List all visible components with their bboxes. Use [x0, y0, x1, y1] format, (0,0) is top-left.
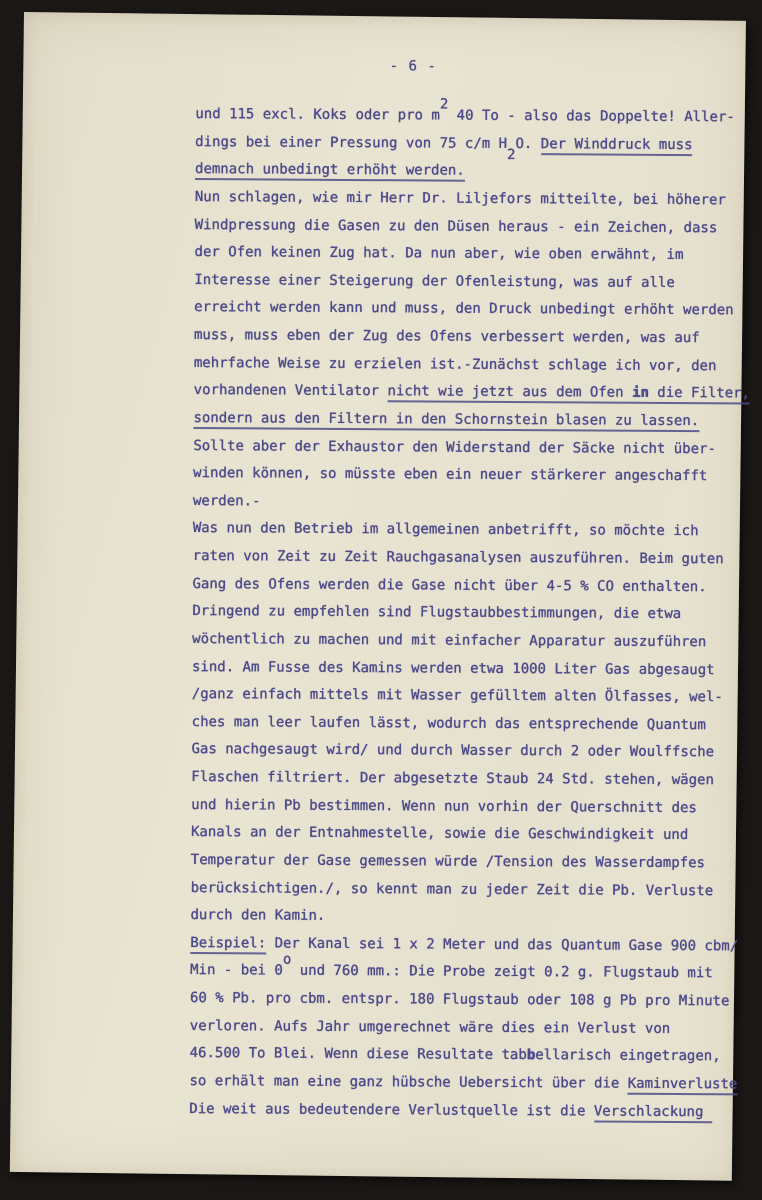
text-segment: wöchentlich zu machen und mit einfacher … [192, 631, 706, 650]
text-body: und 115 excl. Koks oder pro m2 40 To - a… [189, 101, 751, 1127]
text-line: durch den Kamin. [190, 902, 746, 933]
text-line: /ganz einfach mittels mit Wasser gefüllt… [192, 681, 748, 712]
text-line: vorhandenen Ventilator nicht wie jetzt a… [194, 377, 750, 408]
underlined-text: in [632, 385, 649, 404]
text-line: der Ofen keinen Zug hat. Da nun aber, wi… [194, 239, 750, 270]
text-segment: Temperatur der Gase gemessen würde /Tens… [191, 852, 705, 871]
text-line: erreicht werden kann und muss, den Druck… [194, 294, 750, 325]
text-segment: ellarisch eingetragen, [535, 1047, 721, 1064]
text-line: 46.500 To Blei. Wenn diese Resultate tab… [190, 1040, 746, 1071]
text-segment: erreicht werden kann und muss, den Druck… [194, 299, 734, 318]
text-segment: berücksichtigen./, so kennt man zu jeder… [191, 880, 714, 899]
text-segment: und hierin Pb bestimmen. Wenn nun vorhin… [191, 797, 697, 816]
text-segment: 40 To - also das Doppelte! Aller- [448, 108, 735, 126]
text-line: so erhält man eine ganz hübsche Uebersic… [189, 1068, 745, 1099]
underlined-text: sondern aus den Filtern in den Schornste… [193, 410, 699, 432]
scan-background: { "page": { "background_color": "#1b1816… [0, 0, 762, 1200]
text-line: Temperatur der Gase gemessen würde /Tens… [191, 847, 747, 878]
text-segment: der Ofen keinen Zug hat. Da nun aber, wi… [194, 244, 683, 263]
underlined-text: 2 [440, 97, 449, 113]
text-line: wöchentlich zu machen und mit einfacher … [192, 626, 748, 657]
underlined-text: nicht wie jetzt aus dem Ofen [387, 383, 632, 403]
text-line: Beispiel: Der Kanal sei 1 x 2 Meter und … [190, 930, 746, 961]
text-segment: dings bei einer Pressung von 75 c/m H [195, 134, 507, 152]
text-segment: Min - bei 0 [190, 962, 283, 979]
text-segment: Dringend zu empfehlen sind Flugstaubbest… [192, 603, 681, 622]
text-segment: O. [515, 136, 540, 152]
text-line: demnach unbedingt erhöht werden. [195, 156, 751, 187]
text-segment: Flaschen filtriert. Der abgesetzte Staub… [191, 769, 714, 788]
text-segment: /ganz einfach mittels mit Wasser gefüllt… [192, 686, 723, 705]
text-segment: und 115 excl. Koks oder pro m [195, 106, 440, 123]
text-line: Windpressung die Gasen zu den Düsen hera… [195, 212, 751, 243]
text-segment: mehrfache Weise zu erzielen ist.-Zunächs… [194, 355, 717, 374]
text-segment: Was nun den Betrieb im allgemeinen anbet… [193, 520, 699, 539]
text-line: muss, muss eben der Zug des Ofens verbes… [194, 322, 750, 353]
text-line: Flaschen filtriert. Der abgesetzte Staub… [191, 764, 747, 795]
text-segment: winden können, so müsste eben ein neuer … [193, 465, 707, 484]
text-line: ches man leer laufen lässt, wodurch das … [192, 709, 748, 740]
text-line: werden.- [193, 488, 749, 519]
underlined-text: die Filter, [649, 385, 750, 405]
text-segment: Nun schlagen, wie mir Herr Dr. Liljefors… [195, 189, 726, 208]
text-line: Min - bei 0o und 760 mm.: Die Probe zeig… [190, 957, 746, 988]
text-line: raten von Zeit zu Zeit Rauchgasanalysen … [193, 543, 749, 574]
page-content: - 6 - und 115 excl. Koks oder pro m2 40 … [17, 12, 746, 1176]
text-line: Sollte aber der Exhaustor den Widerstand… [193, 433, 749, 464]
page-number: - 6 - [390, 58, 437, 74]
document-page: - 6 - und 115 excl. Koks oder pro m2 40 … [10, 12, 746, 1181]
text-segment: Windpressung die Gasen zu den Düsen hera… [195, 217, 718, 236]
text-segment: Kanals an der Entnahmestelle, sowie die … [191, 824, 688, 843]
text-line: Gas nachgesaugt wird/ und durch Wasser d… [191, 736, 747, 767]
text-segment: raten von Zeit zu Zeit Rauchgasanalysen … [193, 548, 724, 567]
text-line: Was nun den Betrieb im allgemeinen anbet… [193, 515, 749, 546]
underlined-text: Verschlackung [594, 1103, 712, 1123]
text-segment: sind. Am Fusse des Kamins werden etwa 10… [192, 659, 715, 678]
text-line: mehrfache Weise zu erzielen ist.-Zunächs… [194, 350, 750, 381]
text-segment: Gang des Ofens werden die Gase nicht übe… [192, 576, 706, 595]
text-line: und hierin Pb bestimmen. Wenn nun vorhin… [191, 792, 747, 823]
text-segment: vorhandenen Ventilator [194, 382, 388, 399]
text-segment: verloren. Aufs Jahr umgerechnet wäre die… [190, 1018, 671, 1037]
text-line: Kanals an der Entnahmestelle, sowie die … [191, 819, 747, 850]
text-segment: Interesse einer Steigerung der Ofenleist… [194, 272, 675, 291]
underlined-text: Der Winddruck muss [541, 136, 693, 156]
text-line: dings bei einer Pressung von 75 c/m H2O.… [195, 129, 751, 160]
underlined-text: Beispiel: [190, 935, 266, 954]
text-line: 60 % Pb. pro cbm. entspr. 180 Flugstaub … [190, 985, 746, 1016]
text-line: sind. Am Fusse des Kamins werden etwa 10… [192, 654, 748, 685]
text-line: Dringend zu empfehlen sind Flugstaubbest… [192, 598, 748, 629]
underlined-text: o [283, 952, 292, 968]
text-line: verloren. Aufs Jahr umgerechnet wäre die… [190, 1013, 746, 1044]
text-segment: durch den Kamin. [190, 907, 325, 924]
underlined-text: demnach unbedingt erhöht werden. [195, 161, 465, 182]
text-line: Gang des Ofens werden die Gase nicht übe… [192, 571, 748, 602]
text-line: berücksichtigen./, so kennt man zu jeder… [191, 875, 747, 906]
text-segment: Der Kanal sei 1 x 2 Meter und das Quantu… [266, 935, 738, 954]
text-segment: Gas nachgesaugt wird/ und durch Wasser d… [191, 741, 714, 760]
text-line: Interesse einer Steigerung der Ofenleist… [194, 267, 750, 298]
text-line: und 115 excl. Koks oder pro m2 40 To - a… [195, 101, 751, 132]
text-segment: so erhält man eine ganz hübsche Uebersic… [189, 1073, 627, 1092]
underlined-text: Kaminverluste [628, 1076, 738, 1096]
text-segment: b [527, 1047, 536, 1063]
text-segment: muss, muss eben der Zug des Ofens verbes… [194, 327, 700, 346]
text-line: winden können, so müsste eben ein neuer … [193, 460, 749, 491]
text-line: Die weit aus bedeutendere Verlustquelle … [189, 1096, 745, 1127]
text-segment: ches man leer laufen lässt, wodurch das … [192, 714, 706, 733]
text-line: sondern aus den Filtern in den Schornste… [193, 405, 749, 436]
text-segment: 46.500 To Blei. Wenn diese Resultate tab [190, 1045, 527, 1063]
text-segment: werden.- [193, 493, 261, 509]
text-segment: Sollte aber der Exhaustor den Widerstand… [193, 438, 716, 457]
text-segment: Die weit aus bedeutendere Verlustquelle … [189, 1101, 594, 1119]
underlined-text: 2 [507, 147, 516, 163]
text-segment: 60 % Pb. pro cbm. entspr. 180 Flugstaub … [190, 990, 730, 1009]
text-line: Nun schlagen, wie mir Herr Dr. Liljefors… [195, 184, 751, 215]
text-segment: und 760 mm.: Die Probe zeigt 0.2 g. Flug… [291, 963, 713, 982]
